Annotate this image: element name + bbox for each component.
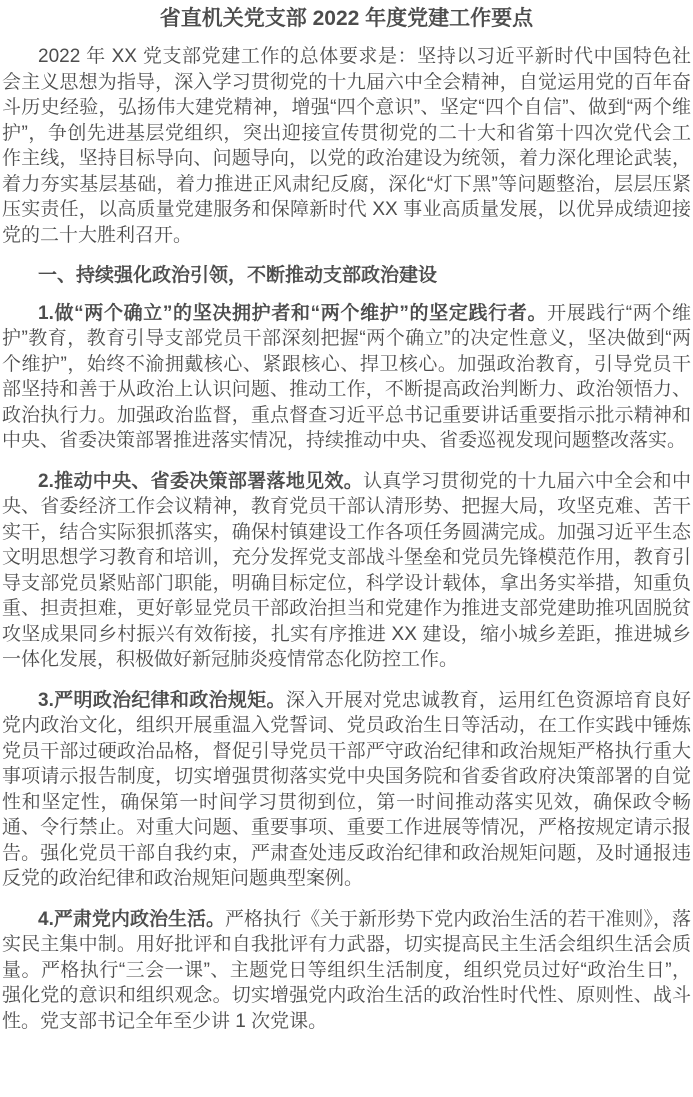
paragraph-item-2-body: 认真学习贯彻党的十九届六中全会和中央、省委经济工作会议精神，教育党员干部认清形势…: [2, 471, 691, 671]
paragraph-item-2: 2.推动中央、省委决策部署落地见效。认真学习贯彻党的十九届六中全会和中央、省委经…: [2, 469, 691, 673]
paragraph-item-4-lead: 4.严肃党内政治生活。: [38, 909, 225, 930]
paragraph-item-2-lead: 2.推动中央、省委决策部署落地见效。: [38, 471, 363, 492]
page-title: 省直机关党支部 2022 年度党建工作要点: [2, 6, 691, 32]
document-page: 省直机关党支部 2022 年度党建工作要点 2022 年 XX 党支部党建工作的…: [0, 0, 693, 1097]
paragraph-item-1: 1.做“两个确立”的坚决拥护者和“两个维护”的坚定践行者。开展践行“两个维护”教…: [2, 301, 691, 454]
paragraph-item-1-lead: 1.做“两个确立”的坚决拥护者和“两个维护”的坚定践行者。: [38, 303, 547, 324]
paragraph-item-3-lead: 3.严明政治纪律和政治规矩。: [38, 690, 286, 711]
paragraph-item-3-body: 深入开展对党忠诚教育，运用红色资源培育良好党内政治文化，组织开展重温入党誓词、党…: [2, 690, 691, 890]
intro-paragraph: 2022 年 XX 党支部党建工作的总体要求是：坚持以习近平新时代中国特色社会主…: [2, 44, 691, 248]
paragraph-item-3: 3.严明政治纪律和政治规矩。深入开展对党忠诚教育，运用红色资源培育良好党内政治文…: [2, 688, 691, 892]
section-heading: 一、持续强化政治引领，不断推动支部政治建设: [2, 263, 691, 289]
paragraph-item-4: 4.严肃党内政治生活。严格执行《关于新形势下党内政治生活的若干准则》，落实民主集…: [2, 907, 691, 1035]
paragraph-item-1-body: 开展践行“两个维护”教育，教育引导支部党员干部深刻把握“两个确立”的决定性意义，…: [2, 303, 691, 452]
